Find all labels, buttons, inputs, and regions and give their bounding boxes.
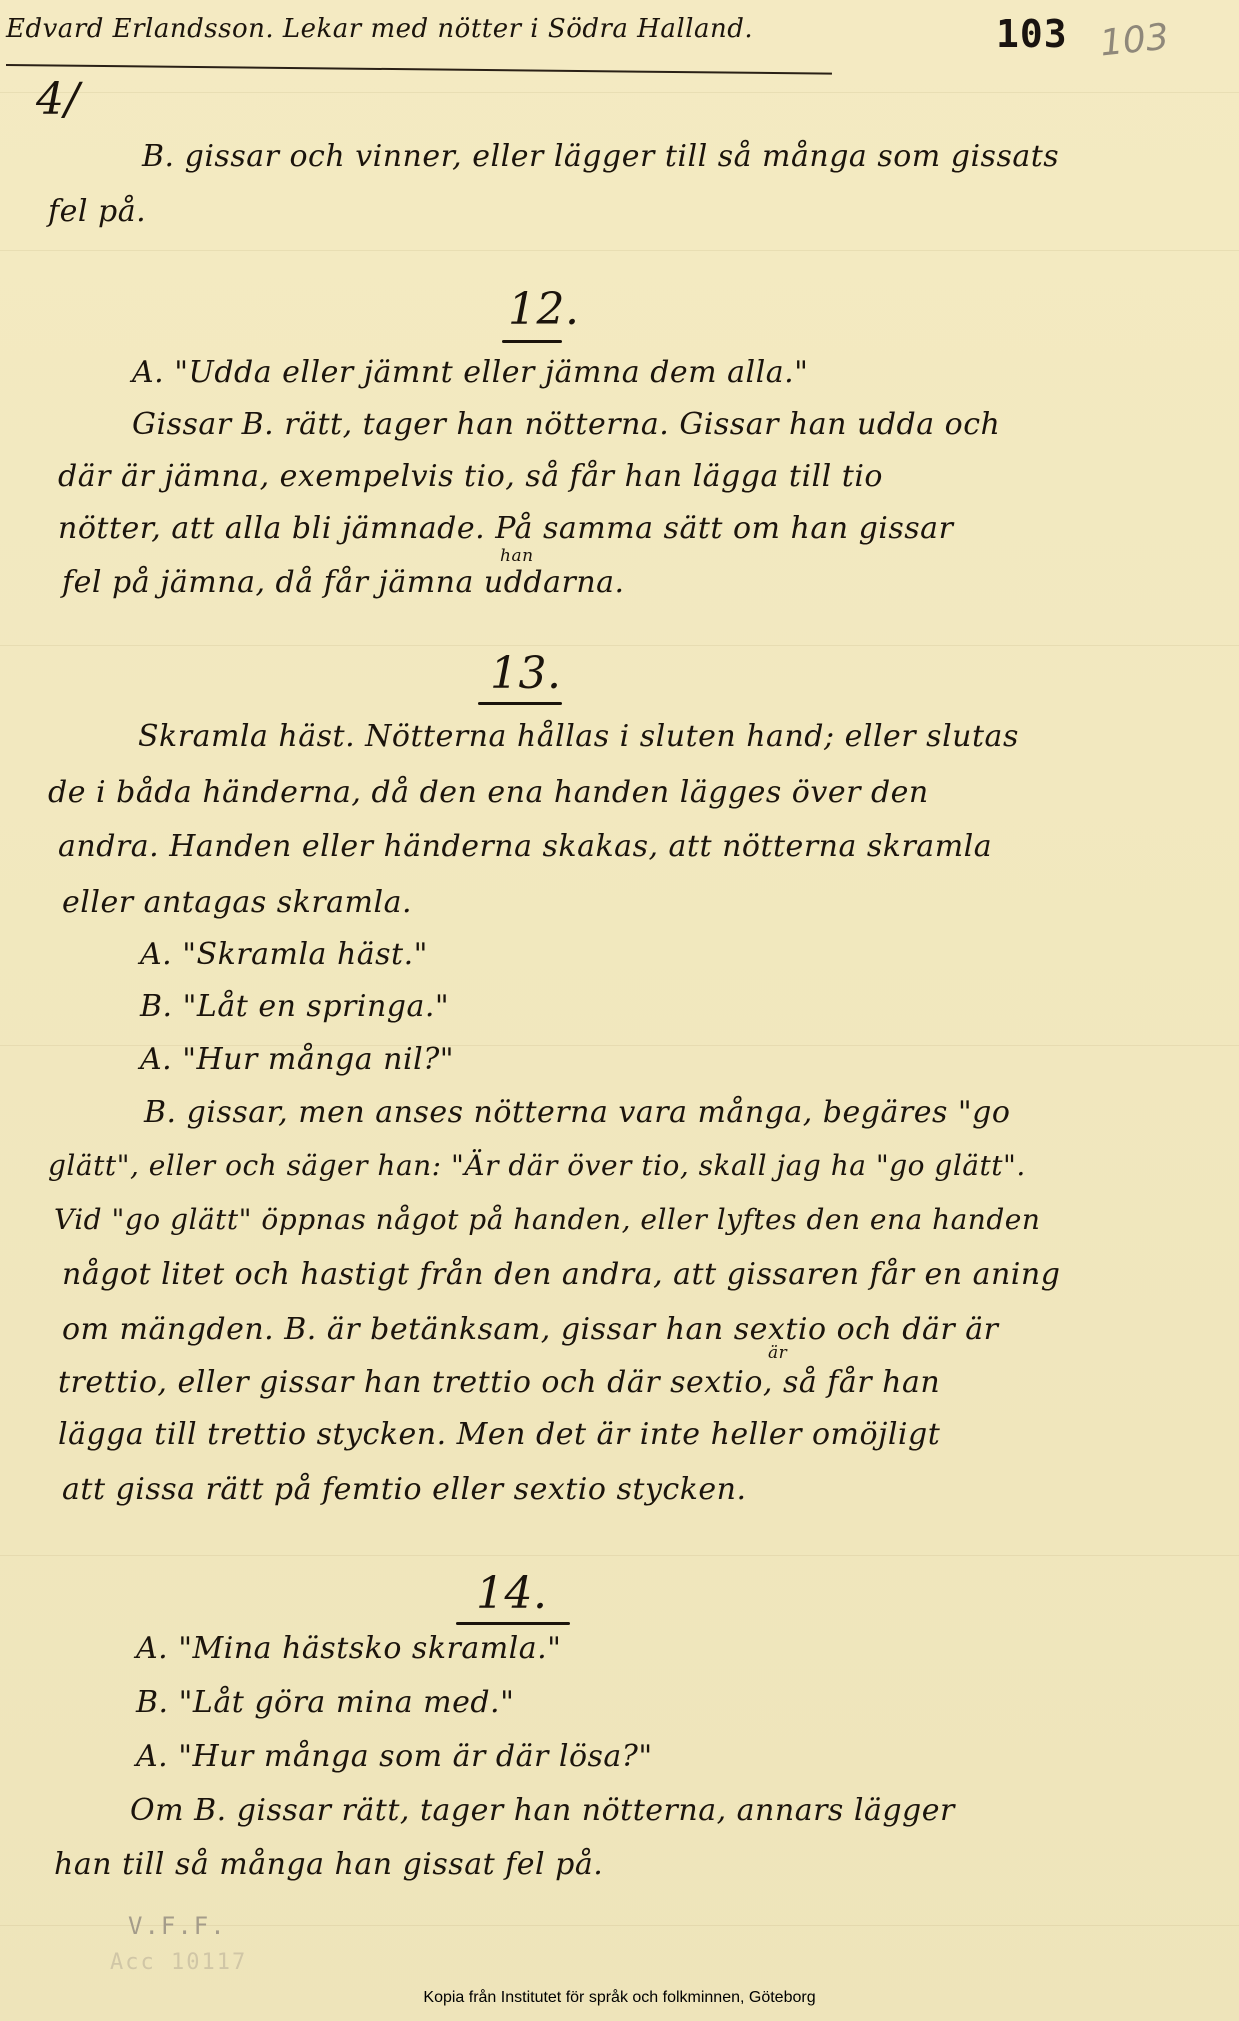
- dialogue-line: B. "Låt en springa.": [140, 992, 449, 1022]
- text-line: A. "Udda eller jämnt eller jämna dem all…: [132, 358, 808, 388]
- section-mark: 4/: [36, 78, 80, 122]
- dialogue-line: A. "Hur många nil?": [140, 1045, 454, 1075]
- section-number-13: 13.: [490, 652, 561, 696]
- text-line: B. gissar och vinner, eller lägger till …: [142, 142, 1059, 172]
- archive-number-stamp: 103: [996, 12, 1068, 56]
- text-line: något litet och hastigt från den andra, …: [62, 1260, 1060, 1290]
- ruled-line: [0, 250, 1239, 251]
- section-number-12: 12.: [508, 288, 579, 332]
- text-line: nötter, att alla bli jämnade. På samma s…: [58, 514, 953, 544]
- title-underline: [6, 64, 832, 75]
- text-line: där är jämna, exempelvis tio, så får han…: [58, 462, 883, 492]
- section-underline: [478, 702, 562, 705]
- section-number-14: 14.: [476, 1572, 547, 1616]
- dialogue-line: A. "Mina hästsko skramla.": [136, 1634, 562, 1664]
- archive-stamp-vff: V.F.F.: [128, 1912, 227, 1940]
- dialogue-line: A. "Skramla häst.": [140, 940, 428, 970]
- text-line: de i båda händerna, då den ena handen lä…: [48, 778, 929, 808]
- section-underline: [502, 340, 562, 343]
- text-line: lägga till trettio stycken. Men det är i…: [58, 1420, 940, 1450]
- text-line: Gissar B. rätt, tager han nötterna. Giss…: [132, 410, 1000, 440]
- text-line: om mängden. B. är betänksam, gissar han …: [62, 1315, 998, 1345]
- insertion-note: han: [500, 548, 534, 565]
- text-line: eller antagas skramla.: [62, 888, 412, 918]
- dialogue-line: B. "Låt göra mina med.": [136, 1688, 514, 1718]
- ruled-line: [0, 645, 1239, 646]
- text-line: Skramla häst. Nötterna hållas i sluten h…: [138, 722, 1019, 752]
- text-line: han till så många han gissat fel på.: [54, 1850, 603, 1880]
- text-line: fel på jämna, då får jämna uddarna.: [62, 568, 625, 598]
- text-line: fel på.: [48, 197, 146, 227]
- ruled-line: [0, 1555, 1239, 1556]
- text-line: att gissa rätt på femtio eller sextio st…: [62, 1475, 746, 1505]
- text-line: glätt", eller och säger han: "Är där öve…: [48, 1152, 1026, 1180]
- copy-footer: Kopia från Institutet för språk och folk…: [0, 1989, 1239, 2007]
- insertion-note: är: [768, 1345, 787, 1362]
- text-line: B. gissar, men anses nötterna vara många…: [144, 1098, 1010, 1128]
- text-line: Om B. gissar rätt, tager han nötterna, a…: [130, 1796, 955, 1826]
- dialogue-line: A. "Hur många som är där lösa?": [136, 1742, 653, 1772]
- text-line: Vid "go glätt" öppnas något på handen, e…: [54, 1206, 1040, 1234]
- text-line: trettio, eller gissar han trettio och dä…: [58, 1368, 940, 1398]
- document-title: Edvard Erlandsson. Lekar med nötter i Sö…: [6, 16, 753, 42]
- ruled-line: [0, 92, 1239, 93]
- archive-stamp-accession: Acc 10117: [110, 1950, 247, 1975]
- manuscript-page: Edvard Erlandsson. Lekar med nötter i Sö…: [0, 0, 1239, 2021]
- section-underline: [456, 1622, 570, 1625]
- text-line: andra. Handen eller händerna skakas, att…: [58, 832, 992, 862]
- archive-number-pencil: 103: [1098, 17, 1171, 65]
